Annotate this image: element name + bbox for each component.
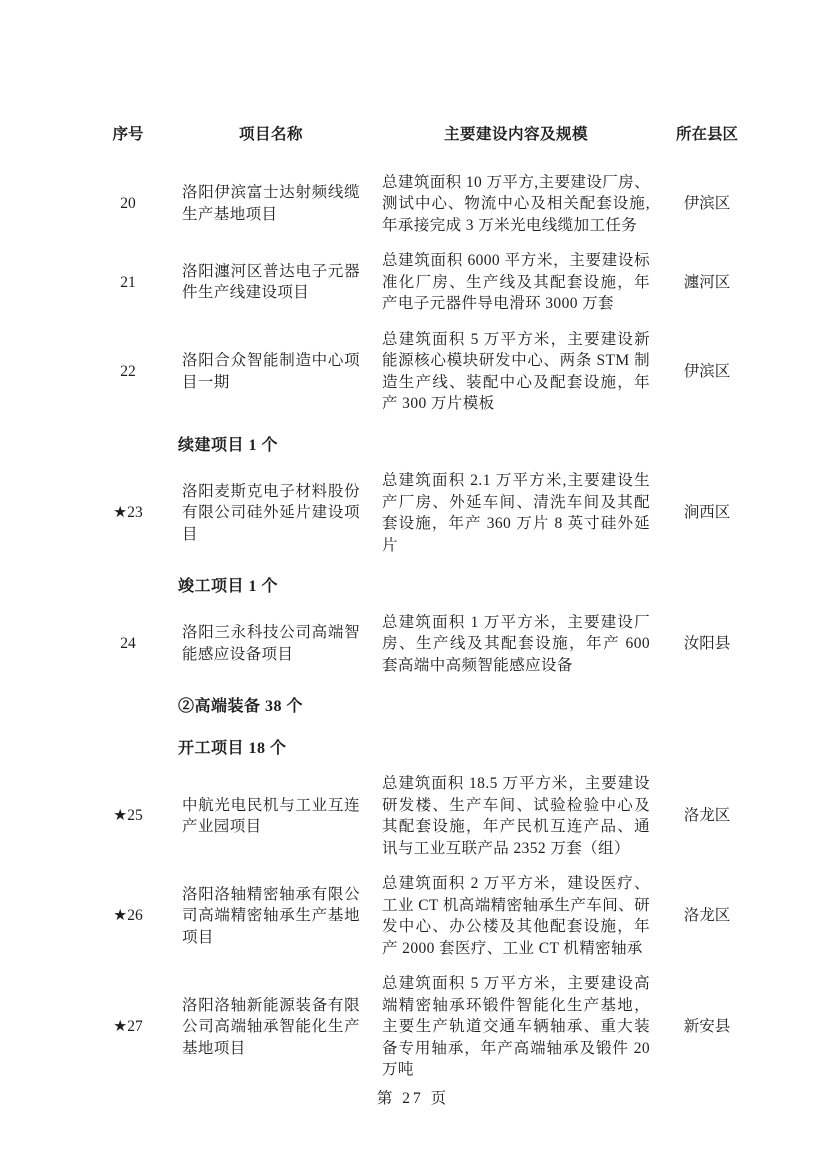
cell-content: 总建筑面积 18.5 万平方米，主要建设研发楼、生产车间、试验检验中心及其配套设… <box>382 773 650 859</box>
cell-county: 伊滨区 <box>674 361 740 383</box>
cell-number: ★27 <box>96 1016 160 1038</box>
section-heading-high-end-equipment: ②高端装备 38 个 <box>178 696 740 718</box>
cell-number: ★25 <box>96 805 160 827</box>
cell-content: 总建筑面积 2 万平方米，建设医疗、工业 CT 机高端精密轴承生产车间、研发中心… <box>382 873 650 959</box>
cell-county: 伊滨区 <box>674 193 740 215</box>
cell-content: 总建筑面积 6000 平方米，主要建设标准化厂房、生产线及其配套设施，年产电子元… <box>382 250 650 315</box>
project-table: 序号 项目名称 主要建设内容及规模 所在县区 20 洛阳伊滨富士达射频线缆生产基… <box>96 124 740 1095</box>
table-row: 22 洛阳合众智能制造中心项目一期 总建筑面积 5 万平方米，主要建设新能源核心… <box>96 329 740 415</box>
cell-name: 洛阳洛轴精密轴承有限公司高端精密轴承生产基地项目 <box>182 884 360 949</box>
page-number: 第 27 页 <box>0 1086 826 1108</box>
cell-number: ★23 <box>96 502 160 524</box>
table-row: ★26 洛阳洛轴精密轴承有限公司高端精密轴承生产基地项目 总建筑面积 2 万平方… <box>96 873 740 959</box>
table-row: 20 洛阳伊滨富士达射频线缆生产基地项目 总建筑面积 10 万平方,主要建设厂房… <box>96 172 740 237</box>
cell-name: 洛阳三永科技公司高端智能感应设备项目 <box>182 622 360 665</box>
cell-county: 瀍河区 <box>674 272 740 294</box>
cell-content: 总建筑面积 5 万平方米，主要建设新能源核心模块研发中心、两条 STM 制造生产… <box>382 329 650 415</box>
cell-content: 总建筑面积 2.1 万平方米,主要建设生产厂房、外延车间、清洗车间及其配套设施，… <box>382 470 650 556</box>
cell-name: 洛阳瀍河区普达电子元器件生产线建设项目 <box>182 261 360 304</box>
cell-content: 总建筑面积 1 万平方米，主要建设厂房、生产线及其配套设施，年产 600 套高端… <box>382 612 650 677</box>
column-header-name: 项目名称 <box>182 124 360 146</box>
table-row: ★23 洛阳麦斯克电子材料股份有限公司硅外延片建设项目 总建筑面积 2.1 万平… <box>96 470 740 556</box>
cell-content: 总建筑面积 10 万平方,主要建设厂房、测试中心、物流中心及相关配套设施,年承接… <box>382 172 650 237</box>
cell-number: 22 <box>96 361 160 383</box>
cell-number: 20 <box>96 193 160 215</box>
section-heading-new-start-projects: 开工项目 18 个 <box>178 738 740 760</box>
cell-name: 洛阳合众智能制造中心项目一期 <box>182 350 360 393</box>
table-row: 21 洛阳瀍河区普达电子元器件生产线建设项目 总建筑面积 6000 平方米，主要… <box>96 250 740 315</box>
cell-county: 涧西区 <box>674 502 740 524</box>
cell-county: 汝阳县 <box>674 633 740 655</box>
column-header-content: 主要建设内容及规模 <box>382 124 650 146</box>
table-row: ★27 洛阳洛轴新能源装备有限公司高端轴承智能化生产基地项目 总建筑面积 5 万… <box>96 973 740 1081</box>
cell-number: 24 <box>96 633 160 655</box>
cell-number: ★26 <box>96 905 160 927</box>
table-header-row: 序号 项目名称 主要建设内容及规模 所在县区 <box>96 124 740 146</box>
cell-county: 新安县 <box>674 1016 740 1038</box>
cell-name: 洛阳洛轴新能源装备有限公司高端轴承智能化生产基地项目 <box>182 995 360 1060</box>
section-heading-completed-projects: 竣工项目 1 个 <box>178 576 740 598</box>
table-row: 24 洛阳三永科技公司高端智能感应设备项目 总建筑面积 1 万平方米，主要建设厂… <box>96 612 740 677</box>
cell-number: 21 <box>96 272 160 294</box>
cell-name: 洛阳伊滨富士达射频线缆生产基地项目 <box>182 182 360 225</box>
table-row: ★25 中航光电民机与工业互连产业园项目 总建筑面积 18.5 万平方米，主要建… <box>96 773 740 859</box>
cell-name: 洛阳麦斯克电子材料股份有限公司硅外延片建设项目 <box>182 481 360 546</box>
cell-name: 中航光电民机与工业互连产业园项目 <box>182 795 360 838</box>
cell-content: 总建筑面积 5 万平方米，主要建设高端精密轴承环锻件智能化生产基地，主要生产轨道… <box>382 973 650 1081</box>
cell-county: 洛龙区 <box>674 905 740 927</box>
column-header-county: 所在县区 <box>674 124 740 146</box>
column-header-number: 序号 <box>96 124 160 146</box>
section-heading-continued-projects: 续建项目 1 个 <box>178 435 740 457</box>
cell-county: 洛龙区 <box>674 805 740 827</box>
